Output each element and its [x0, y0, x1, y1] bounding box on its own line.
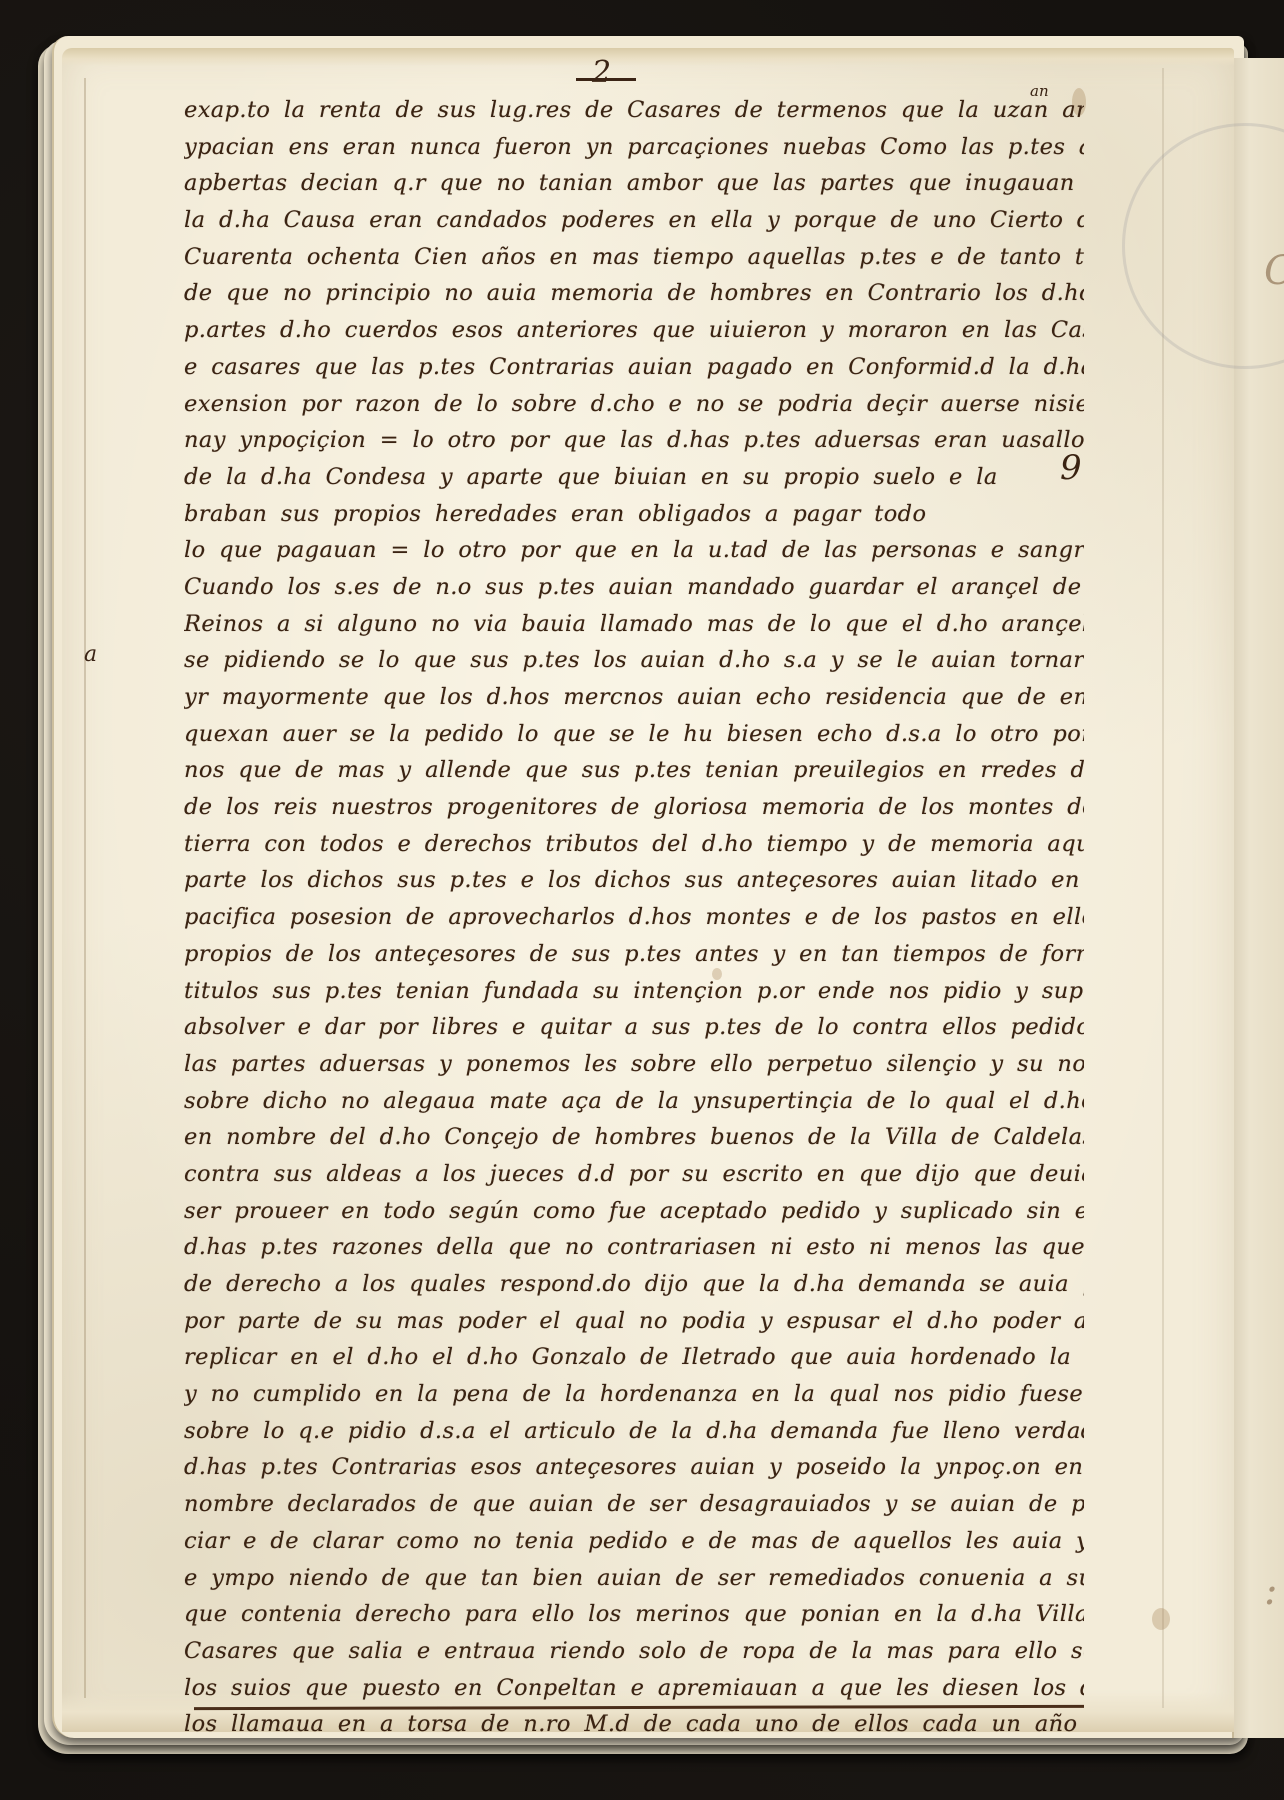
text-line: braban sus propios heredades eran obliga… [184, 496, 1084, 533]
text-line: Reinos a si alguno no via bauia llamado … [184, 606, 1084, 643]
faded-seal-stamp [1122, 123, 1284, 369]
text-line: de los reis nuestros progenitores de glo… [184, 789, 1084, 826]
folio-number: 2 [592, 58, 611, 88]
text-line: yr mayormente que los d.hos mercnos auia… [184, 679, 1084, 716]
text-line: Cuarenta ochenta Cien años en mas tiempo… [184, 239, 1084, 276]
text-line: los llamaua en a torsa de n.ro M.d de ca… [184, 1706, 1084, 1743]
text-line: exap.to la renta de sus lug.res de Casar… [184, 92, 1084, 129]
text-line: parte los dichos sus p.tes e los dichos … [184, 862, 1084, 899]
text-line: nay ynpoçiçion = lo otro por que las d.h… [184, 422, 1084, 459]
text-line: sobre lo q.e pidio d.s.a el articulo de … [184, 1413, 1084, 1450]
text-line: de la d.ha Condesa y aparte que biuian e… [184, 459, 1084, 496]
text-line: propios de los anteçesores de sus p.tes … [184, 936, 1084, 973]
text-line: de derecho a los quales respond.do dijo … [184, 1266, 1084, 1303]
adjacent-ink-fragment: : [1264, 1568, 1277, 1614]
text-line: e casares que las p.tes Contrarias auian… [184, 349, 1084, 386]
text-line: Cuando los s.es de n.o sus p.tes auian m… [184, 569, 1084, 606]
foxing-stain [1152, 1608, 1170, 1630]
text-line: ypacian ens eran nunca fueron yn parcaçi… [184, 129, 1084, 166]
text-line: los suios que puesto en Conpeltan e apre… [184, 1670, 1084, 1707]
text-line: por parte de su mas poder el qual no pod… [184, 1303, 1084, 1340]
text-line: titulos sus p.tes tenian fundada su inte… [184, 973, 1084, 1010]
marginal-note: a [84, 642, 97, 667]
text-line: d.has p.tes Contrarias esos anteçesores … [184, 1449, 1084, 1486]
text-line: sobre dicho no alegaua mate aça de la yn… [184, 1083, 1084, 1120]
text-line: pacifica posesion de aprovecharlos d.hos… [184, 899, 1084, 936]
text-line: que contenia derecho para ello los merin… [184, 1596, 1084, 1633]
text-line: apbertas decian q.r que no tanian ambor … [184, 165, 1084, 202]
handwritten-text-block: exap.to la renta de sus lug.res de Casar… [184, 92, 1084, 1743]
left-margin-crease [84, 78, 86, 1698]
text-line: nombre declarados de que auian de ser de… [184, 1486, 1084, 1523]
text-line: lo que pagauan = lo otro por que en la u… [184, 532, 1084, 569]
text-line: replicar en el d.ho el d.ho Gonzalo de I… [184, 1339, 1084, 1376]
text-line: nos que de mas y allende que sus p.tes t… [184, 752, 1084, 789]
text-line: exension por razon de lo sobre d.cho e n… [184, 386, 1084, 423]
text-line: y no cumplido en la pena de la hordenanz… [184, 1376, 1084, 1413]
text-line: Casares que salia e entraua riendo solo … [184, 1633, 1084, 1670]
text-line: se pidiendo se lo que sus p.tes los auia… [184, 642, 1084, 679]
text-line: contra sus aldeas a los jueces d.d por s… [184, 1156, 1084, 1193]
text-line: de que no principio no auia memoria de h… [184, 275, 1084, 312]
text-line: d.has p.tes razones della que no contrar… [184, 1229, 1084, 1266]
text-line: p.artes d.ho cuerdos esos anteriores que… [184, 312, 1084, 349]
text-line: en nombre del d.ho Conçejo de hombres bu… [184, 1119, 1084, 1156]
text-line: absolver e dar por libres e quitar a sus… [184, 1009, 1084, 1046]
text-line: ser proueer en todo según como fue acept… [184, 1193, 1084, 1230]
worn-top-edge [62, 48, 1234, 66]
text-line: e ympo niendo de que tan bien auian de s… [184, 1560, 1084, 1597]
text-line: tierra con todos e derechos tributos del… [184, 826, 1084, 863]
text-line: la d.ha Causa eran candados poderes en e… [184, 202, 1084, 239]
text-line: quexan auer se la pedido lo que se le hu… [184, 716, 1084, 753]
text-line: las partes aduersas y ponemos les sobre … [184, 1046, 1084, 1083]
text-line: ciar e de clarar como no tenia pedido e … [184, 1523, 1084, 1560]
